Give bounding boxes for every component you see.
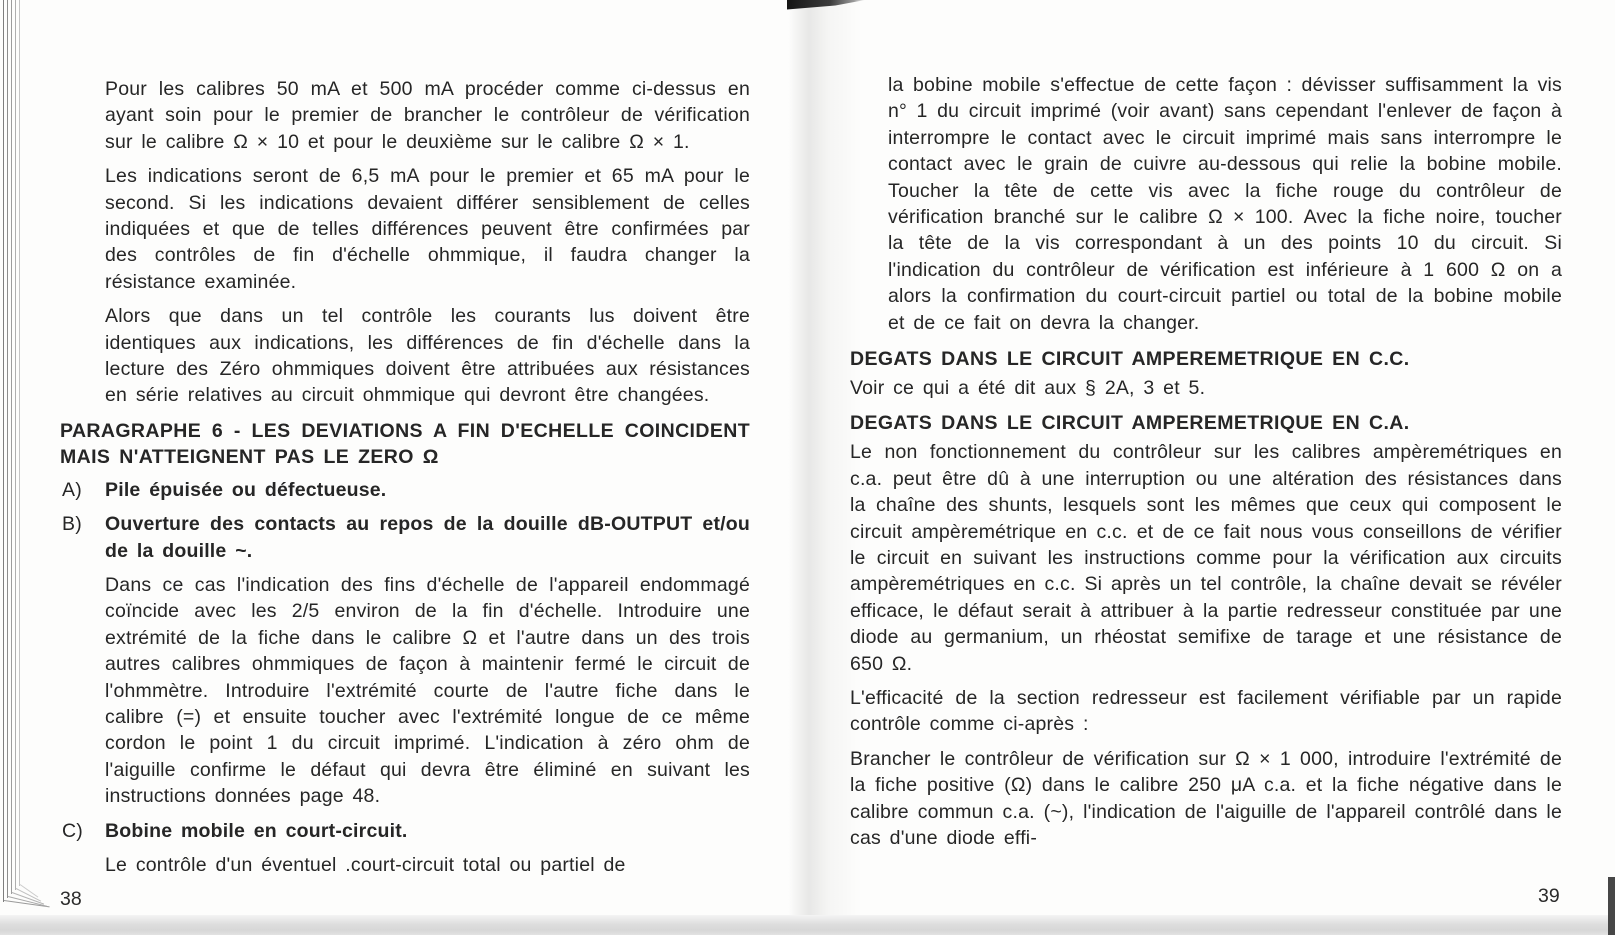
section-heading-degats-cc: DEGATS DANS LE CIRCUIT AMPEREMETRIQUE EN… (850, 346, 1562, 372)
list-item-body: Dans ce cas l'indication des fins d'éche… (105, 572, 750, 810)
list-item-title: Ouverture des contacts au repos de la do… (105, 511, 750, 564)
scan-bottom-band (0, 915, 1615, 935)
right-page: la bobine mobile s'effectue de cette faç… (850, 72, 1562, 859)
page-stack-edge-line (19, 0, 20, 886)
section-heading-degats-ca: DEGATS DANS LE CIRCUIT AMPEREMETRIQUE EN… (850, 410, 1562, 436)
list-item-body: Le contrôle d'un éventuel .court-circuit… (105, 852, 750, 878)
list-marker: B) (62, 511, 82, 537)
page-number-right: 39 (1538, 885, 1560, 908)
list-item-title: Pile épuisée ou défectueuse. (105, 477, 750, 503)
page-stack-edge-line (15, 0, 16, 890)
right-edge-scan-mark (1608, 877, 1615, 935)
paragraph: L'efficacité de la section redresseur es… (850, 685, 1562, 738)
book-scan: Pour les calibres 50 mA et 500 mA procéd… (0, 0, 1615, 935)
list-item-b: B) Ouverture des contacts au repos de la… (60, 511, 750, 809)
list-item-a: A) Pile épuisée ou défectueuse. (60, 477, 750, 503)
paragraph: Pour les calibres 50 mA et 500 mA procéd… (105, 76, 750, 155)
page-number-left: 38 (60, 888, 82, 911)
paragraph: Le non fonctionnement du contrôleur sur … (850, 439, 1562, 677)
continuation-paragraph: la bobine mobile s'effectue de cette faç… (850, 72, 1562, 336)
page-stack-edge-line (11, 0, 12, 894)
page-stack-edge-line (7, 0, 8, 898)
cc-reference-note: Voir ce qui a été dit aux § 2A, 3 et 5. (850, 375, 1562, 401)
paragraph: Alors que dans un tel contrôle les coura… (105, 303, 750, 409)
list-marker: C) (62, 818, 83, 844)
paragraph: Les indications seront de 6,5 mA pour le… (105, 163, 750, 295)
section-heading-paragraphe-6: PARAGRAPHE 6 - LES DEVIATIONS A FIN D'EC… (60, 418, 750, 471)
list-item-title: Bobine mobile en court-circuit. (105, 818, 750, 844)
paragraph: Brancher le contrôleur de vérification s… (850, 746, 1562, 852)
page-stack-edge-line (3, 0, 4, 902)
left-page: Pour les calibres 50 mA et 500 mA procéd… (60, 76, 750, 886)
list-marker: A) (62, 477, 82, 503)
list-item-c: C) Bobine mobile en court-circuit. Le co… (60, 818, 750, 879)
